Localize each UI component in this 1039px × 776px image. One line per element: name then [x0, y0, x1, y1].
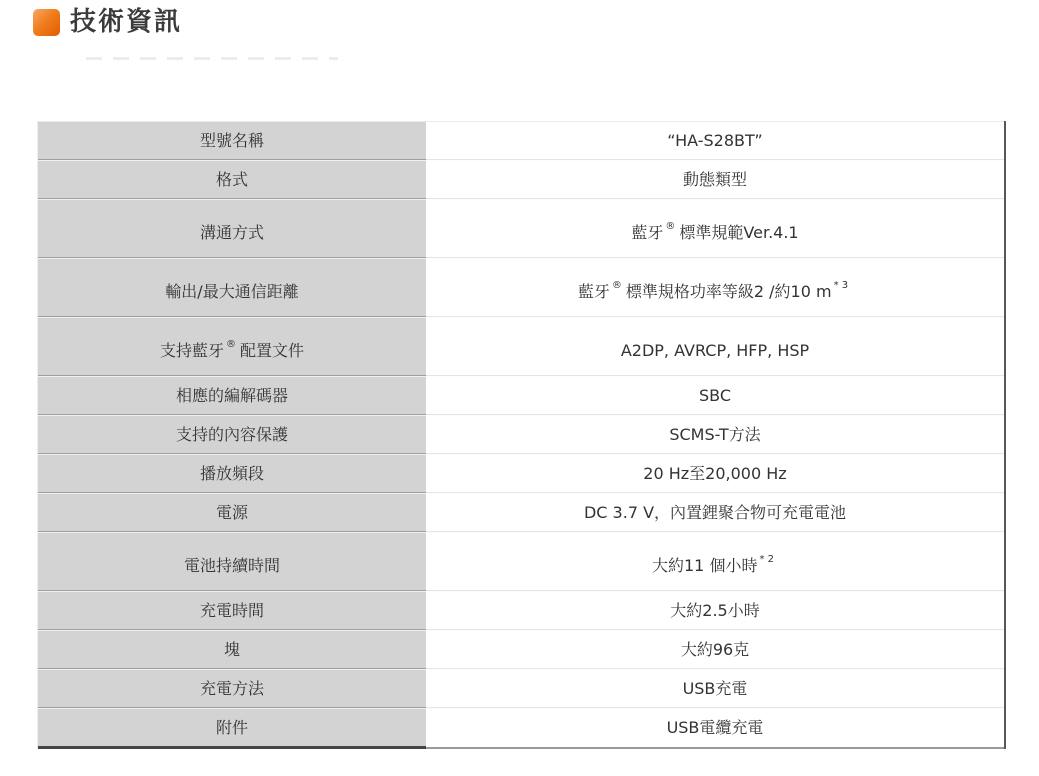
spec-row: 電源DC 3.7 V，內置鋰聚合物可充電電池 [38, 493, 1004, 532]
spec-row: 支持的內容保護SCMS-T方法 [38, 415, 1004, 454]
spec-text: 動態類型 [683, 170, 747, 189]
spec-text: SBC [699, 386, 731, 405]
faded-text-artifact [86, 57, 338, 60]
spec-label-cell: 電池持續時間 [38, 532, 426, 591]
spec-text: 藍牙 [631, 223, 663, 242]
spec-row: 輸出/最大通信距離藍牙®標準規格功率等級2 /約10 m* 3 [38, 258, 1004, 317]
spec-label-cell: 溝通方式 [38, 199, 426, 258]
spec-text: 20 Hz至20,000 Hz [643, 464, 786, 483]
spec-text: 大約11 個小時 [652, 556, 757, 575]
spec-row: 相應的編解碼器SBC [38, 376, 1004, 415]
spec-label-cell: 相應的編解碼器 [38, 376, 426, 415]
spec-text: 型號名稱 [200, 131, 264, 150]
spec-label-cell: 支持藍牙®配置文件 [38, 317, 426, 376]
spec-value-cell: 藍牙®標準規格功率等級2 /約10 m* 3 [426, 258, 1004, 317]
spec-label-cell: 塊 [38, 630, 426, 669]
spec-text: 播放頻段 [200, 464, 264, 483]
superscript-mark: * 3 [834, 280, 849, 291]
spec-value-cell: USB充電 [426, 669, 1004, 708]
spec-text: 附件 [216, 718, 248, 737]
spec-text: 大約96克 [681, 640, 749, 659]
spec-value-cell: 動態類型 [426, 160, 1004, 199]
spec-value-cell: 大約11 個小時* 2 [426, 532, 1004, 591]
spec-text: 藍牙 [578, 282, 610, 301]
spec-value-cell: DC 3.7 V，內置鋰聚合物可充電電池 [426, 493, 1004, 532]
spec-label-cell: 格式 [38, 160, 426, 199]
superscript-mark: * 2 [759, 554, 774, 565]
spec-text: 標準規範Ver.4.1 [679, 223, 798, 242]
spec-text: 格式 [216, 170, 248, 189]
spec-text: 充電方法 [200, 679, 264, 698]
spec-text: 塊 [224, 640, 240, 659]
spec-value-cell: USB電纜充電 [426, 708, 1004, 749]
spec-label-cell: 電源 [38, 493, 426, 532]
spec-label-cell: 支持的內容保護 [38, 415, 426, 454]
spec-text: 大約2.5小時 [670, 601, 759, 620]
spec-text: 輸出/最大通信距離 [165, 282, 298, 301]
spec-text: 配置文件 [240, 341, 304, 360]
page-title: 技術資訊 [70, 8, 182, 37]
superscript-mark: ® [612, 280, 622, 291]
spec-label-cell: 播放頻段 [38, 454, 426, 493]
spec-text: 溝通方式 [200, 223, 264, 242]
spec-row: 塊大約96克 [38, 630, 1004, 669]
spec-row: 附件USB電纜充電 [38, 708, 1004, 749]
spec-text: 標準規格功率等級2 /約10 m [626, 282, 832, 301]
spec-text: 相應的編解碼器 [176, 386, 288, 405]
spec-row: 充電時間大約2.5小時 [38, 591, 1004, 630]
page-header: 技術資訊 [33, 8, 182, 37]
spec-text: USB充電 [683, 679, 748, 698]
spec-row: 格式動態類型 [38, 160, 1004, 199]
spec-label-cell: 附件 [38, 708, 426, 749]
spec-row: 電池持續時間大約11 個小時* 2 [38, 532, 1004, 591]
superscript-mark: ® [665, 221, 675, 232]
spec-table-body: 型號名稱“HA-S28BT”格式動態類型溝通方式藍牙®標準規範Ver.4.1輸出… [38, 121, 1004, 749]
spec-text: A2DP, AVRCP, HFP, HSP [621, 341, 809, 360]
spec-text: 支持藍牙 [160, 341, 224, 360]
spec-row: 充電方法USB充電 [38, 669, 1004, 708]
spec-text: 電池持續時間 [184, 556, 280, 575]
spec-text: 支持的內容保護 [176, 425, 288, 444]
spec-label-cell: 輸出/最大通信距離 [38, 258, 426, 317]
spec-text: SCMS-T方法 [669, 425, 760, 444]
spec-text: 電源 [216, 503, 248, 522]
spec-value-cell: 20 Hz至20,000 Hz [426, 454, 1004, 493]
spec-label-cell: 充電時間 [38, 591, 426, 630]
spec-value-cell: “HA-S28BT” [426, 121, 1004, 160]
spec-text: “HA-S28BT” [667, 131, 762, 150]
spec-text: DC 3.7 V，內置鋰聚合物可充電電池 [584, 503, 846, 522]
spec-value-cell: 藍牙®標準規範Ver.4.1 [426, 199, 1004, 258]
superscript-mark: ® [226, 339, 236, 350]
spec-label-cell: 型號名稱 [38, 121, 426, 160]
spec-row: 溝通方式藍牙®標準規範Ver.4.1 [38, 199, 1004, 258]
spec-value-cell: 大約96克 [426, 630, 1004, 669]
spec-value-cell: 大約2.5小時 [426, 591, 1004, 630]
spec-value-cell: A2DP, AVRCP, HFP, HSP [426, 317, 1004, 376]
spec-table: 型號名稱“HA-S28BT”格式動態類型溝通方式藍牙®標準規範Ver.4.1輸出… [37, 121, 1006, 749]
spec-row: 型號名稱“HA-S28BT” [38, 121, 1004, 160]
spec-text: USB電纜充電 [667, 718, 764, 737]
spec-row: 支持藍牙®配置文件A2DP, AVRCP, HFP, HSP [38, 317, 1004, 376]
spec-row: 播放頻段20 Hz至20,000 Hz [38, 454, 1004, 493]
spec-label-cell: 充電方法 [38, 669, 426, 708]
spec-value-cell: SCMS-T方法 [426, 415, 1004, 454]
spec-value-cell: SBC [426, 376, 1004, 415]
spec-text: 充電時間 [200, 601, 264, 620]
orange-square-icon [33, 9, 60, 36]
